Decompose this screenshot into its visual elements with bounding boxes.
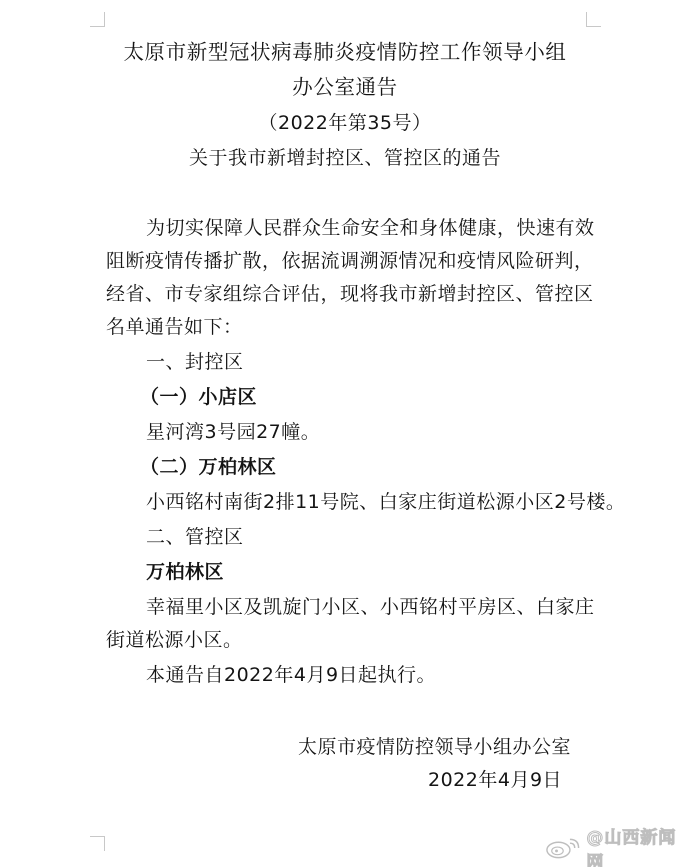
corner-mark-bottom-left xyxy=(90,836,105,851)
corner-mark-top-left xyxy=(90,12,105,27)
section1-district1-name: （一）小店区 xyxy=(140,385,257,409)
title-line-2: 办公室通告 xyxy=(0,75,690,99)
section2-district-name: 万柏林区 xyxy=(146,560,224,584)
document-number: （2022年第35号） xyxy=(0,111,690,135)
intro-line-1: 为切实保障人民群众生命安全和身体健康，快速有效 xyxy=(146,216,595,240)
intro-line-2: 阻断疫情传播扩散，依据流调溯源情况和疫情风险研判， xyxy=(106,249,594,273)
section1-district1-text: 星河湾3号园27幢。 xyxy=(146,420,320,444)
section1-district2-name: （二）万柏林区 xyxy=(140,455,277,479)
section2-text-line-2: 街道松源小区。 xyxy=(106,628,243,652)
document-page: 太原市新型冠状病毒肺炎疫情防控工作领导小组 办公室通告 （2022年第35号） … xyxy=(0,0,690,867)
watermark-text: @山西新闻网 xyxy=(586,823,690,867)
section1-district2-text: 小西铭村南街2排11号院、白家庄街道松源小区2号楼。 xyxy=(146,490,625,514)
watermark: @山西新闻网 xyxy=(545,836,690,860)
weibo-logo-icon xyxy=(545,837,583,859)
notice-subject: 关于我市新增封控区、管控区的通告 xyxy=(0,146,690,170)
section1-heading: 一、封控区 xyxy=(146,350,244,374)
intro-line-3: 经省、市专家组综合评估，现将我市新增封控区、管控区 xyxy=(106,282,594,306)
issuer-signature: 太原市疫情防控领导小组办公室 xyxy=(298,735,571,759)
intro-line-4: 名单通告如下： xyxy=(106,315,243,339)
issue-date: 2022年4月9日 xyxy=(428,768,562,792)
section2-heading: 二、管控区 xyxy=(146,525,244,549)
corner-mark-top-right xyxy=(586,12,601,27)
effective-date-statement: 本通告自2022年4月9日起执行。 xyxy=(146,663,436,687)
title-line-1: 太原市新型冠状病毒肺炎疫情防控工作领导小组 xyxy=(0,40,690,64)
section2-text-line-1: 幸福里小区及凯旋门小区、小西铭村平房区、白家庄 xyxy=(146,595,595,619)
